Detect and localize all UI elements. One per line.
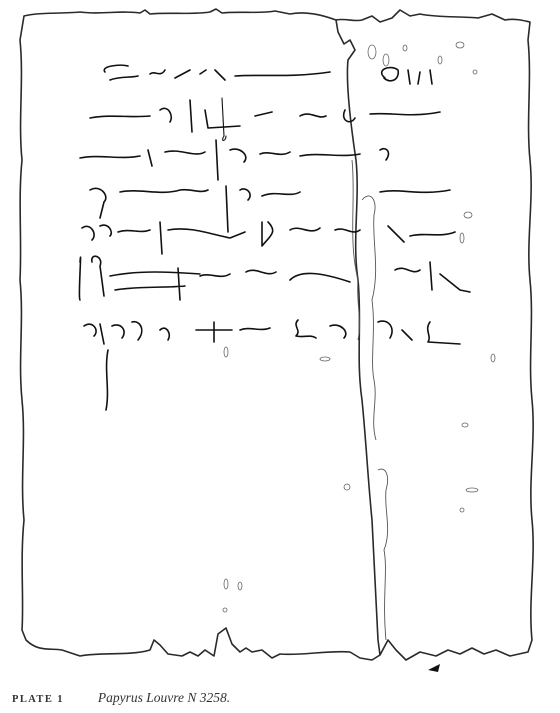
plate-number-label: PLATE 1 [12,694,64,705]
papyrus-right-sheet-outline [336,10,533,660]
ink-blot [428,664,440,672]
hieratic-text-lines [79,65,470,410]
plate-caption: PLATE 1 Papyrus Louvre N 3258. [12,690,230,708]
plate-title: Papyrus Louvre N 3258. [98,690,230,706]
papyrus-plate-figure: PLATE 1 Papyrus Louvre N 3258. [0,0,560,713]
papyrus-facsimile-drawing [0,0,560,713]
central-tear-fragment [362,196,376,440]
papyrus-left-sheet-outline [20,9,380,660]
central-tear-lower [378,469,388,640]
